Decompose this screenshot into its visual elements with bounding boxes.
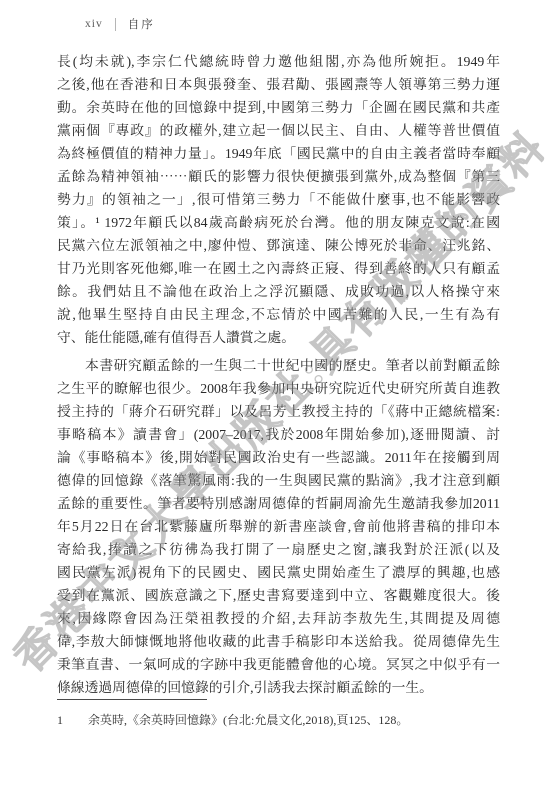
text-line: 長(均未就),李宗仁代總統時曾力邀他組閣,亦為他所婉拒。1949年: [57, 50, 500, 73]
footnote: 1 余英時,《余英時回憶錄》(台北:允晨文化,2018),頁125、128。: [57, 711, 500, 729]
text-line: 本書研究顧孟餘的一生與二十世紀中國的歷史。筆者以前對顧孟餘: [57, 354, 500, 377]
body-text: 長(均未就),李宗仁代總統時曾力邀他組閣,亦為他所婉拒。1949年之後,他在香港…: [57, 50, 500, 699]
text-line: 國民黨左派)視角下的民國史、國民黨史開始產生了濃厚的興趣,也感: [57, 561, 500, 584]
text-line: 論《事略稿本》後,開始對民國政治史有一些認識。2011年在接觸到周: [57, 446, 500, 469]
text-line: 德偉的回憶錄《落筆驚風雨:我的一生與國民黨的點滴》,我才注意到顧: [57, 469, 500, 492]
text-line: 之後,他在香港和日本與張發奎、張君勱、張國燾等人領導第三勢力運: [57, 73, 500, 96]
book-page: xiv 自序 長(均未就),李宗仁代總統時曾力邀他組閣,亦為他所婉拒。1949年…: [0, 0, 555, 800]
text-line: 年5月22日在台北紫藤廬所舉辦的新書座談會,會前他將書稿的排印本: [57, 515, 500, 538]
text-line: 勢力』的領袖之一」,很可惜第三勢力「不能做什麼事,也不能影響政: [57, 188, 500, 211]
footnote-rule: [57, 699, 207, 700]
text-line: 黨兩個『專政』的政權外,建立起一個以民主、自由、人權等普世價值: [57, 119, 500, 142]
text-line: 孟餘為精神領袖⋯⋯顧氏的影響力很快便擴張到黨外,成為整個『第三: [57, 165, 500, 188]
text-line: 受到在黨派、國族意識之下,歷史書寫要達到中立、客觀難度很大。後: [57, 584, 500, 607]
text-line: 偉,李敖大師慷慨地將他收藏的此書手稿影印本送給我。從周德偉先生: [57, 630, 500, 653]
text-line: 孟餘的重要性。筆者要特別感謝周德偉的哲嗣周渝先生邀請我參加2011: [57, 492, 500, 515]
text-line: 事略稿本》讀書會」(2007–2017,我於2008年開始參加),逐冊閱讀、討: [57, 423, 500, 446]
text-line: 授主持的「蔣介石研究群」以及呂芳上教授主持的「《蔣中正總統檔案:: [57, 400, 500, 423]
footnote-text: 余英時,《余英時回憶錄》(台北:允晨文化,2018),頁125、128。: [88, 711, 500, 729]
text-line: 之生平的瞭解也很少。2008年我參加中央研究院近代史研究所黃自進教: [57, 377, 500, 400]
text-line: 秉筆直書、一氣呵成的字跡中我更能體會他的心境。冥冥之中似乎有一: [57, 653, 500, 676]
page-number: xiv: [85, 18, 103, 30]
section-title: 自序: [128, 16, 155, 32]
text-line: 為終極價值的精神力量」。1949年底「國民黨中的自由主義者當時奉顧: [57, 142, 500, 165]
text-line: 民黨六位左派領袖之中,廖仲愷、鄧演達、陳公博死於非命、汪兆銘、: [57, 234, 500, 257]
text-line: 來,因緣際會因為汪榮祖教授的介紹,去拜訪李敖先生,其間提及周德: [57, 607, 500, 630]
paragraph: 長(均未就),李宗仁代總統時曾力邀他組閣,亦為他所婉拒。1949年之後,他在香港…: [57, 50, 500, 349]
text-line: 餘。我們姑且不論他在政治上之浮沉顯隱、成敗功過,以人格操守來: [57, 280, 500, 303]
paragraph: 本書研究顧孟餘的一生與二十世紀中國的歷史。筆者以前對顧孟餘之生平的瞭解也很少。2…: [57, 354, 500, 699]
text-line: 甘乃光則客死他鄉,唯一在國土之內壽終正寢、得到善終的人只有顧孟: [57, 257, 500, 280]
text-line: 條線透過周德偉的回憶錄的引介,引誘我去探討顧孟餘的一生。: [57, 676, 500, 699]
text-line: 動。余英時在他的回憶錄中提到,中國第三勢力「企圖在國民黨和共產: [57, 96, 500, 119]
running-header: xiv 自序: [85, 16, 155, 32]
footnote-marker: 1: [57, 711, 88, 729]
text-line: 策」。¹ 1972年顧氏以84歲高齡病死於台灣。他的朋友陳克文說:在國: [57, 211, 500, 234]
text-line: 說,他畢生堅持自由民主理念,不忘情於中國苦難的人民,一生有為有: [57, 303, 500, 326]
text-line: 寄給我,捧讀之下彷彿為我打開了一扇歷史之窗,讓我對於汪派(以及: [57, 538, 500, 561]
text-line: 守、能仕能隱,確有值得吾人讚賞之處。: [57, 326, 500, 349]
header-divider: [115, 18, 116, 31]
